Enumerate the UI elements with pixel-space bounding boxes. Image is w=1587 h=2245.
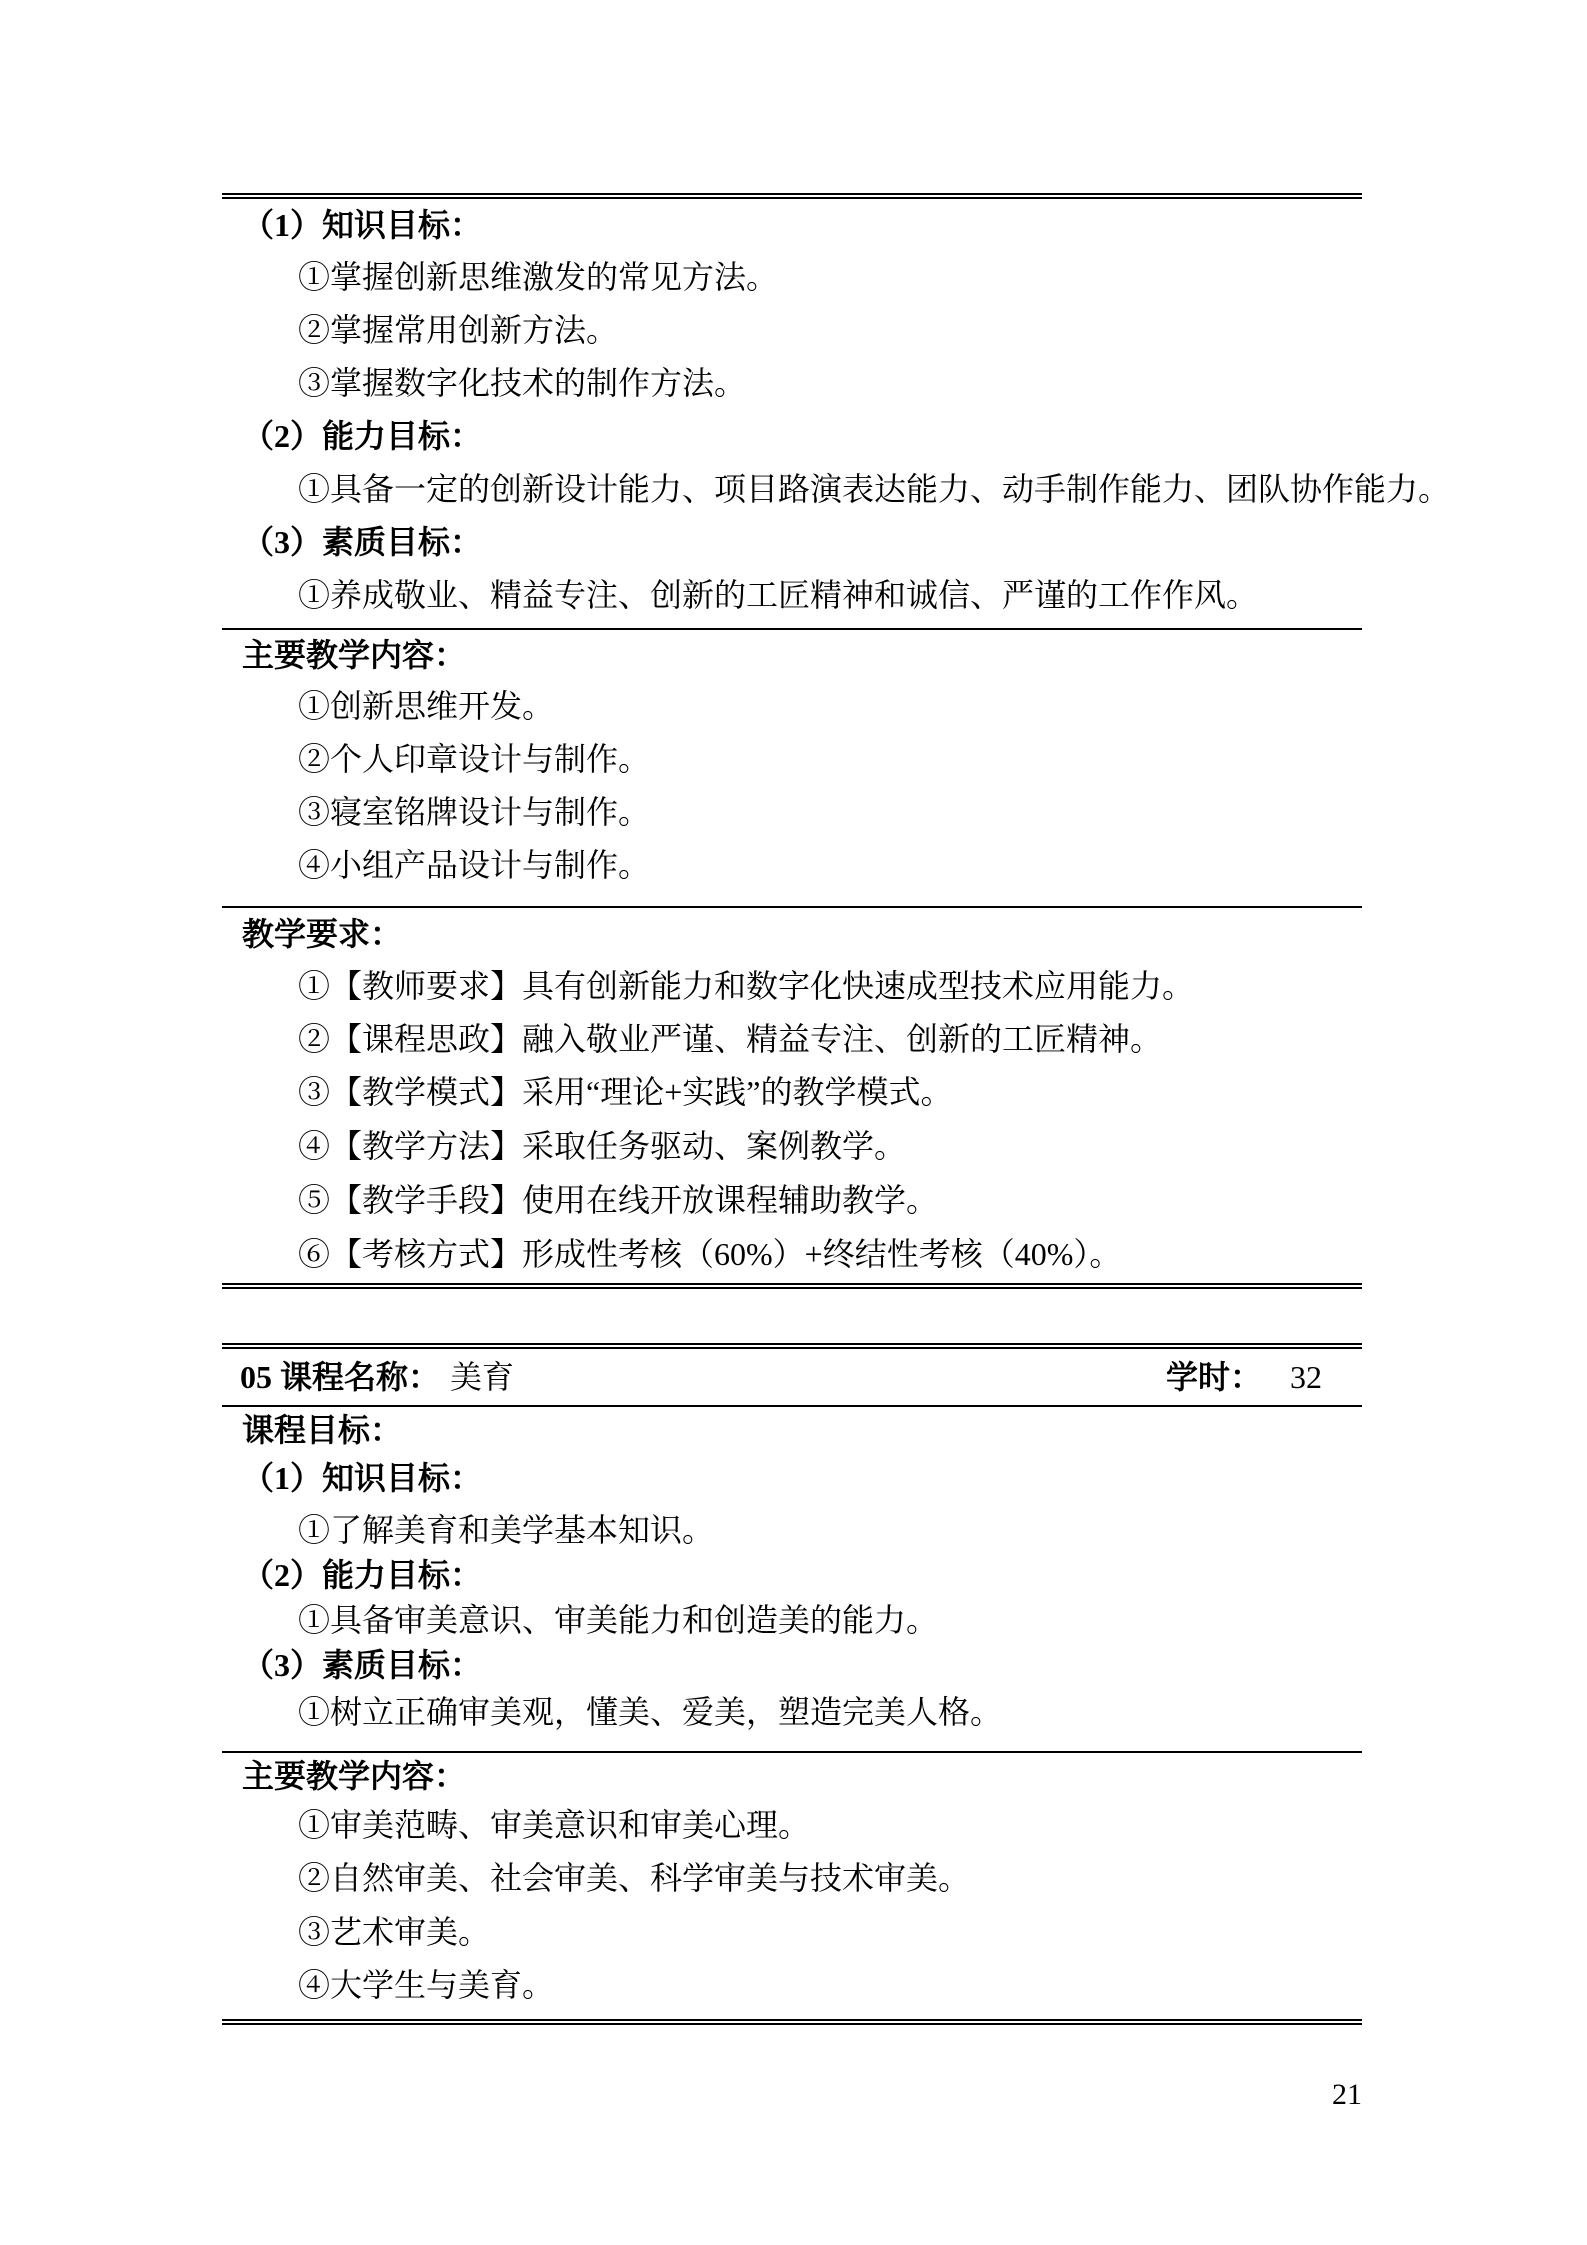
requirement-item: ①【教师要求】具有创新能力和数字化快速成型技术应用能力。 xyxy=(222,960,1362,1013)
requirement-item: ⑤【教学手段】使用在线开放课程辅助教学。 xyxy=(222,1173,1362,1227)
page-number: 21 xyxy=(1332,2078,1362,2112)
course-number-label: 05 课程名称： xyxy=(240,1349,440,1405)
requirement-item: ④【教学方法】采取任务驱动、案例教学。 xyxy=(222,1119,1362,1173)
content-item: ④小组产品设计与制作。 xyxy=(222,839,1362,892)
content-item: ②自然审美、社会审美、科学审美与技术审美。 xyxy=(222,1851,1362,1905)
content-item: ②个人印章设计与制作。 xyxy=(222,733,1362,786)
goal-heading: （1）知识目标： xyxy=(222,1453,1362,1503)
content-item: ①审美范畴、审美意识和审美心理。 xyxy=(222,1799,1362,1851)
section-title: 教学要求： xyxy=(222,908,1362,960)
goal-item: ①了解美育和美学基本知识。 xyxy=(222,1503,1362,1557)
hours-label: 学时： xyxy=(1166,1349,1262,1405)
goal-item: ①具备一定的创新设计能力、项目路演表达能力、动手制作能力、团队协作能力。 xyxy=(222,463,1362,516)
course-header-row: 05 课程名称： 美育 学时： 32 xyxy=(222,1349,1362,1407)
content-item: ①创新思维开发。 xyxy=(222,680,1362,733)
content-item: ④大学生与美育。 xyxy=(222,1959,1362,2011)
goal-item: ③掌握数字化技术的制作方法。 xyxy=(222,357,1362,410)
goal-item: ①具备审美意识、审美能力和创造美的能力。 xyxy=(222,1593,1362,1647)
course-name-value: 美育 xyxy=(450,1349,514,1405)
section-title: 主要教学内容： xyxy=(222,1753,1362,1799)
document-page: （1）知识目标： ①掌握创新思维激发的常见方法。 ②掌握常用创新方法。 ③掌握数… xyxy=(0,0,1587,2245)
requirement-item: ③【教学模式】采用“理论+实践”的教学模式。 xyxy=(222,1066,1362,1119)
course-hours: 学时： 32 xyxy=(1166,1349,1322,1405)
requirement-item: ②【课程思政】融入敬业严谨、精益专注、创新的工匠精神。 xyxy=(222,1013,1362,1066)
goal-heading: （3）素质目标： xyxy=(222,516,1362,569)
goal-heading: （2）能力目标： xyxy=(222,1557,1362,1593)
hours-value: 32 xyxy=(1290,1349,1322,1405)
goal-item: ①掌握创新思维激发的常见方法。 xyxy=(222,251,1362,304)
goal-item: ①养成敬业、精益专注、创新的工匠精神和诚信、严谨的工作作风。 xyxy=(222,569,1362,622)
course-05-table: 05 课程名称： 美育 学时： 32 课程目标： （1）知识目标： ①了解美育和… xyxy=(222,1343,1362,2025)
goal-heading: （2）能力目标： xyxy=(222,410,1362,463)
section-title: 课程目标： xyxy=(222,1407,1362,1453)
goal-item: ②掌握常用创新方法。 xyxy=(222,304,1362,357)
requirement-item: ⑥【考核方式】形成性考核（60%）+终结性考核（40%）。 xyxy=(222,1227,1362,1281)
content-item: ③艺术审美。 xyxy=(222,1905,1362,1959)
course-04-table: （1）知识目标： ①掌握创新思维激发的常见方法。 ②掌握常用创新方法。 ③掌握数… xyxy=(222,193,1362,1289)
content-item: ③寝室铭牌设计与制作。 xyxy=(222,786,1362,839)
goal-heading: （1）知识目标： xyxy=(222,199,1362,251)
goal-item: ①树立正确审美观，懂美、爱美，塑造完美人格。 xyxy=(222,1683,1362,1741)
goal-heading: （3）素质目标： xyxy=(222,1647,1362,1683)
section-title: 主要教学内容： xyxy=(222,630,1362,680)
